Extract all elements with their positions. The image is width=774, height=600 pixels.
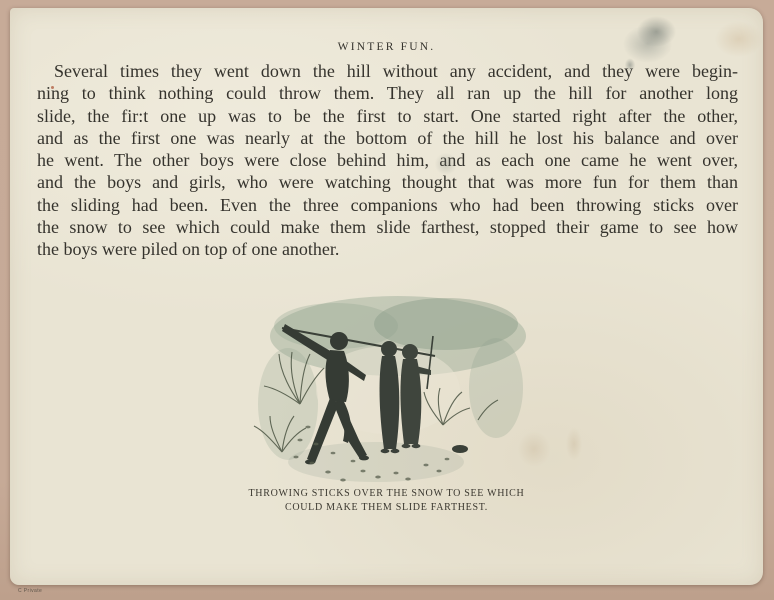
story-line: the snow to see which could make them sl… — [37, 216, 738, 238]
story-paragraph: Several times they went down the hill wi… — [37, 60, 738, 261]
story-line: Several times they went down the hill wi… — [37, 60, 738, 82]
brown-age-stain — [556, 416, 592, 472]
page-title: WINTER FUN. — [10, 41, 763, 53]
caption-line-1: THROWING STICKS OVER THE SNOW TO SEE WHI… — [10, 487, 763, 501]
scanned-book-photo: { "page": { "title": "WINTER FUN.", "bod… — [0, 0, 774, 600]
rock — [452, 445, 468, 453]
archive-mark: C Private — [18, 588, 42, 594]
story-line: and the boys and girls, who were watchin… — [37, 171, 738, 193]
story-line: the sliding had been. Even the three com… — [37, 194, 738, 216]
story-line: the boys were piled on top of one anothe… — [37, 238, 738, 260]
story-line: and as the first one was nearly at the b… — [37, 127, 738, 149]
book-page: WINTER FUN. Several times they went down… — [10, 8, 763, 585]
story-line: ning to think nothing could throw them. … — [37, 82, 738, 104]
snow-sticks-illustration — [238, 292, 553, 492]
illustration-caption: THROWING STICKS OVER THE SNOW TO SEE WHI… — [10, 487, 763, 514]
story-line: he went. The other boys were close behin… — [37, 149, 738, 171]
story-line: slide, the fir:t one up was to be the fi… — [37, 105, 738, 127]
caption-line-2: COULD MAKE THEM SLIDE FARTHEST. — [10, 501, 763, 515]
